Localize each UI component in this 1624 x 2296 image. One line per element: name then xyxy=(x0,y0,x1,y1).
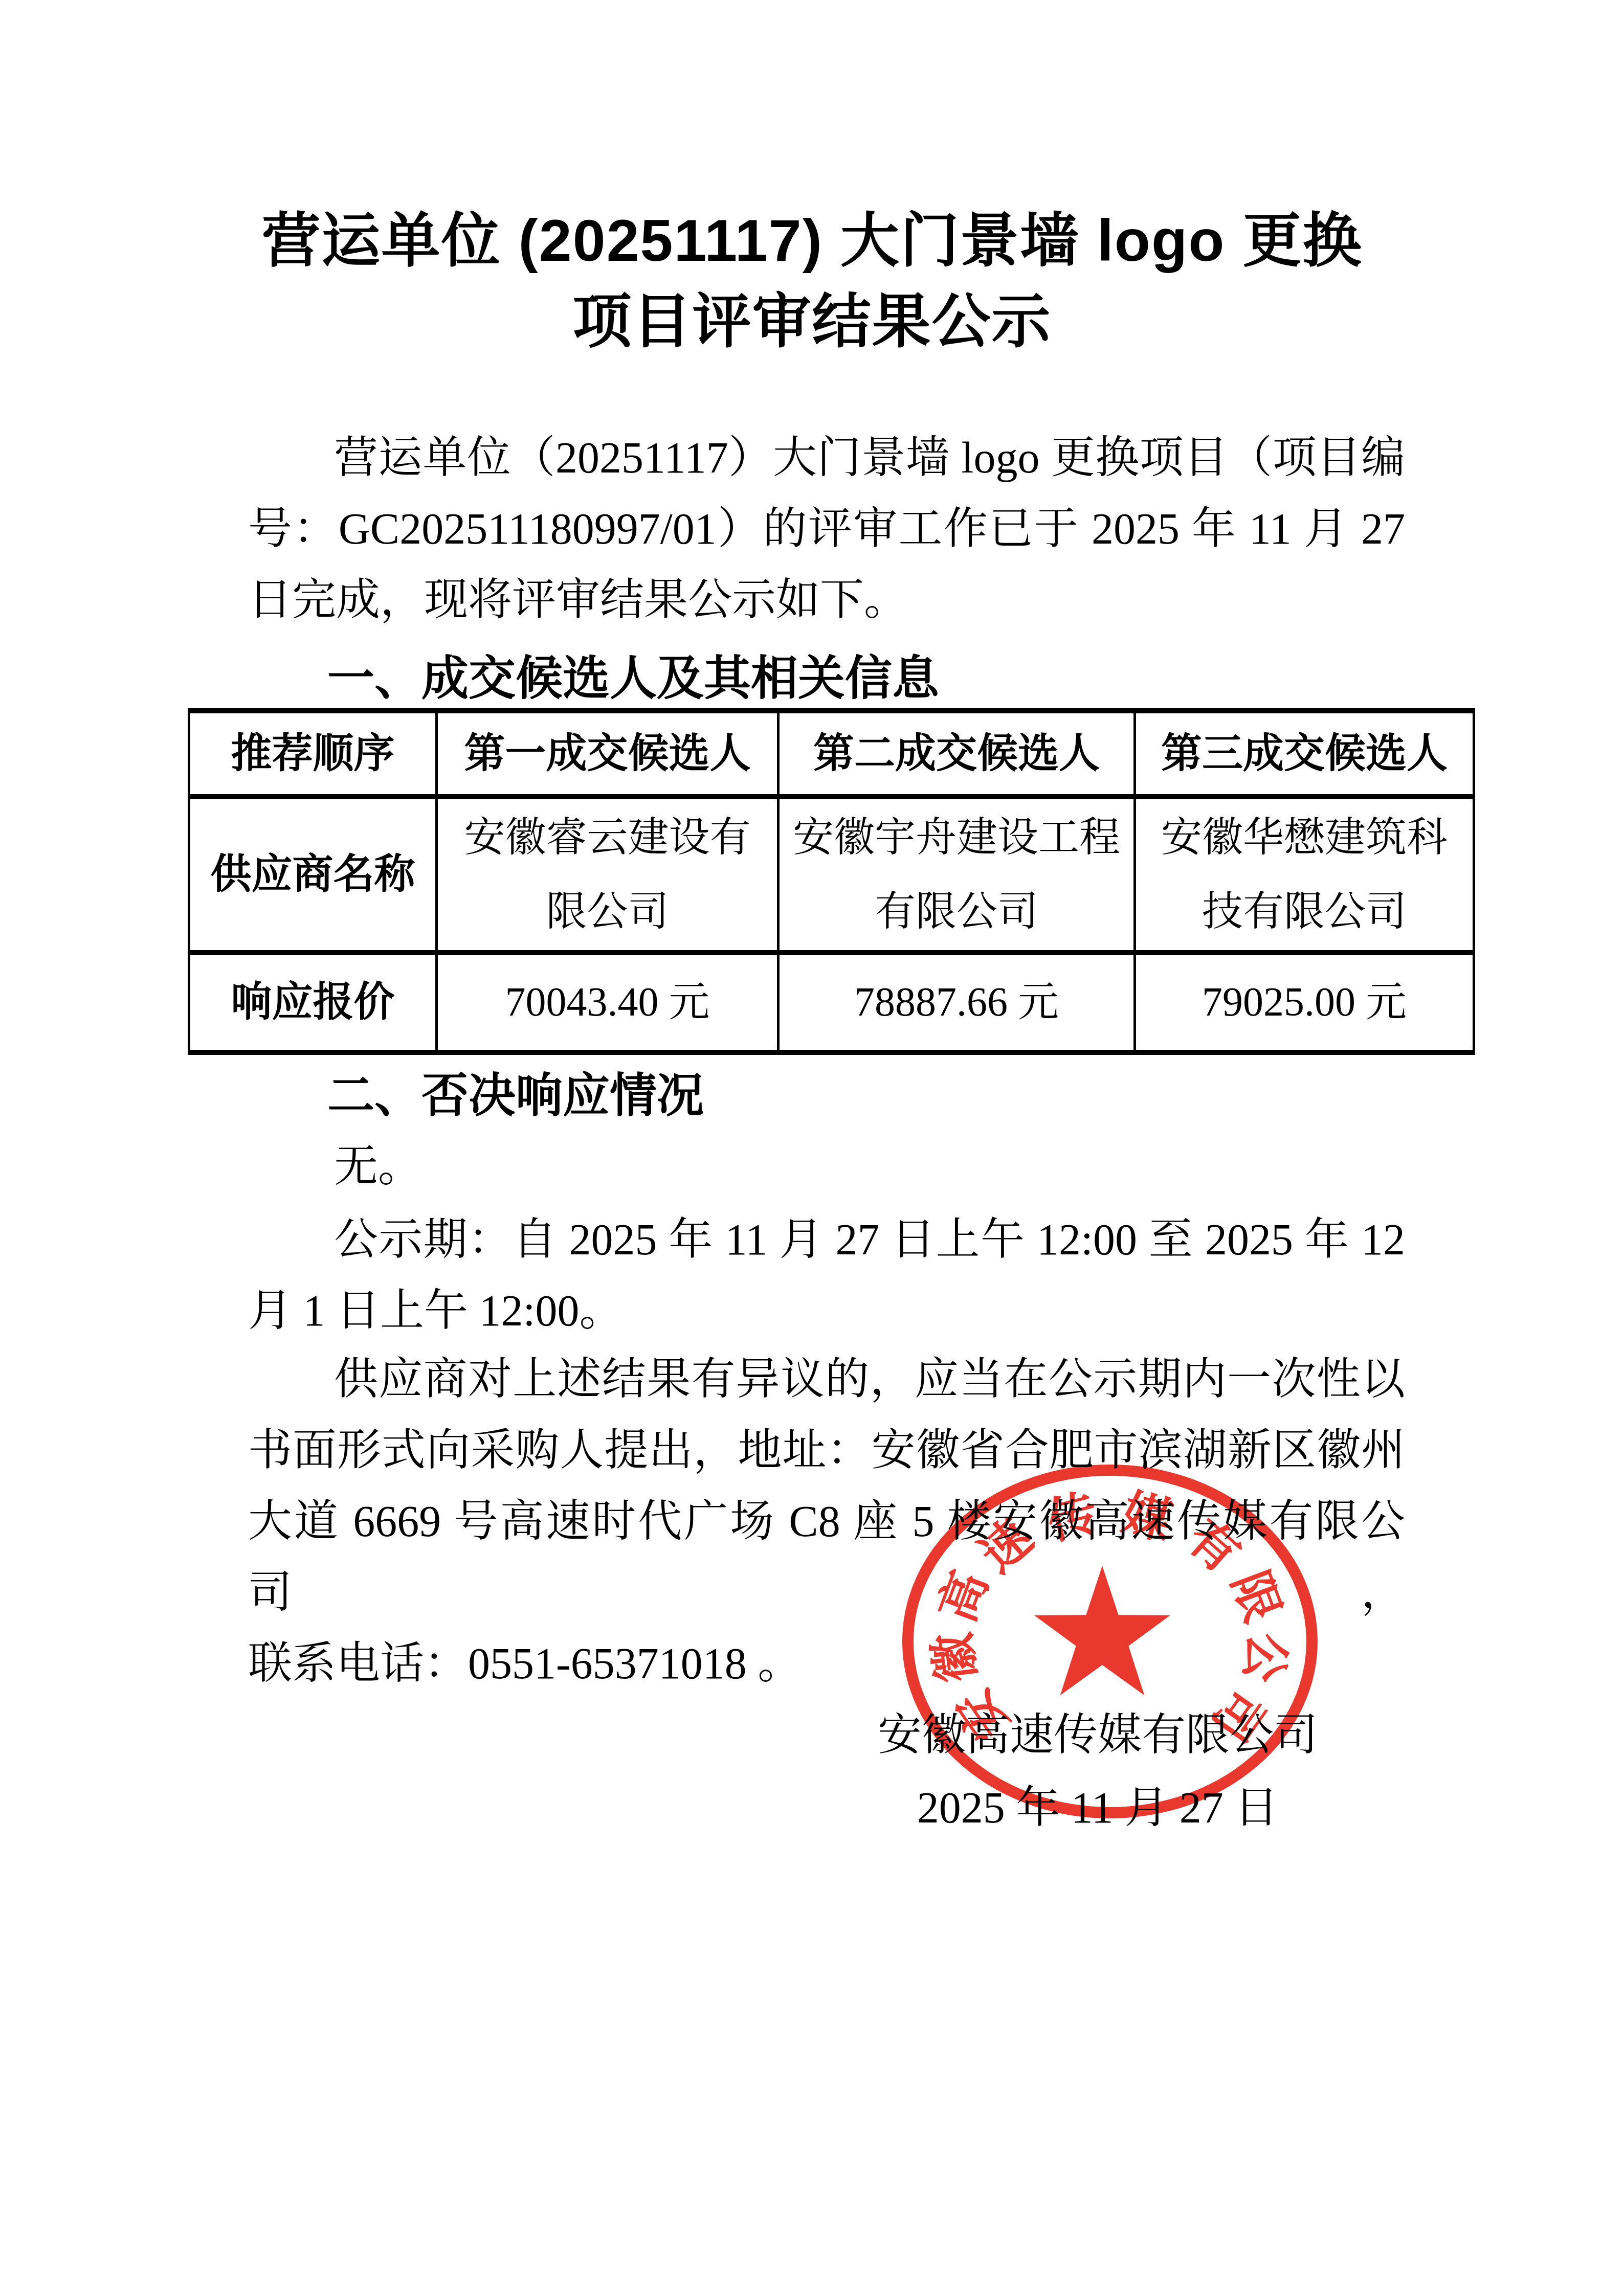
publicity-period-line: 月 1 日上午 12:00。 xyxy=(248,1275,1405,1346)
seal-ring-char: 媒 xyxy=(1117,1485,1178,1550)
seal-ring-char: 公 xyxy=(1235,1630,1295,1685)
seal-star-icon xyxy=(1034,1566,1170,1695)
col-header-third-candidate: 第三成交候选人 xyxy=(1135,711,1474,797)
company-seal-stamp: 安徽高速传媒有限公司 xyxy=(890,1457,1330,1826)
seal-ring-char: 有 xyxy=(1177,1509,1250,1583)
seal-ring-char: 速 xyxy=(970,1509,1043,1583)
document-title-line2: 项目评审结果公示 xyxy=(0,281,1624,362)
col-header-rank: 推荐顺序 xyxy=(189,711,437,797)
seal-ring-char: 高 xyxy=(929,1564,998,1629)
seal-ring-char: 徽 xyxy=(925,1630,985,1685)
intro-paragraph-line: 日完成，现将评审结果公示如下。 xyxy=(248,565,1405,636)
row-label-supplier-name: 供应商名称 xyxy=(189,797,437,953)
bid-price-cell: 79025.00 元 xyxy=(1135,953,1474,1052)
candidates-table: 推荐顺序 第一成交候选人 第二成交候选人 第三成交候选人 供应商名称 安徽睿云建… xyxy=(188,708,1475,1055)
seal-ring-char: 安 xyxy=(946,1679,1019,1750)
table-row-bid-price: 响应报价 70043.40 元 78887.66 元 79025.00 元 xyxy=(189,953,1474,1052)
publicity-period-line: 公示期：自 2025 年 11 月 27 日上午 12:00 至 2025 年 … xyxy=(248,1204,1405,1275)
rejection-none-text: 无。 xyxy=(248,1131,422,1202)
table-row-supplier-name: 供应商名称 安徽睿云建设有限公司 安徽宇舟建设工程有限公司 安徽华懋建筑科技有限… xyxy=(189,797,1474,953)
supplier-name-cell: 安徽睿云建设有限公司 xyxy=(437,797,778,953)
objection-paragraph-line: 供应商对上述结果有异议的，应当在公示期内一次性以 xyxy=(248,1344,1405,1415)
intro-paragraph-line: 号：GC202511180997/01）的评审工作已于 2025 年 11 月 … xyxy=(248,493,1405,565)
publicity-period-paragraph: 公示期：自 2025 年 11 月 27 日上午 12:00 至 2025 年 … xyxy=(248,1204,1405,1346)
bid-price-cell: 78887.66 元 xyxy=(778,953,1135,1052)
section2-heading: 二、否决响应情况 xyxy=(327,1068,704,1124)
supplier-name-cell: 安徽宇舟建设工程有限公司 xyxy=(778,797,1135,953)
announcement-document-page: 营运单位 (20251117) 大门景墙 logo 更换 项目评审结果公示 营运… xyxy=(0,0,1624,2296)
intro-paragraph-line: 营运单位（20251117）大门景墙 logo 更换项目（项目编 xyxy=(248,422,1405,493)
col-header-second-candidate: 第二成交候选人 xyxy=(778,711,1135,797)
seal-ring-char: 限 xyxy=(1222,1564,1291,1629)
document-title: 营运单位 (20251117) 大门景墙 logo 更换 项目评审结果公示 xyxy=(0,200,1624,362)
seal-ring-char: 传 xyxy=(1042,1485,1103,1550)
row-label-bid-price: 响应报价 xyxy=(189,953,437,1052)
supplier-name-cell: 安徽华懋建筑科技有限公司 xyxy=(1135,797,1474,953)
table-header-row: 推荐顺序 第一成交候选人 第二成交候选人 第三成交候选人 xyxy=(189,711,1474,797)
document-title-line1: 营运单位 (20251117) 大门景墙 logo 更换 xyxy=(0,200,1624,281)
section1-heading: 一、成交候选人及其相关信息 xyxy=(327,650,939,707)
col-header-first-candidate: 第一成交候选人 xyxy=(437,711,778,797)
bid-price-cell: 70043.40 元 xyxy=(437,953,778,1052)
intro-paragraph: 营运单位（20251117）大门景墙 logo 更换项目（项目编 号：GC202… xyxy=(248,422,1405,636)
seal-ring-char: 司 xyxy=(1201,1679,1274,1750)
